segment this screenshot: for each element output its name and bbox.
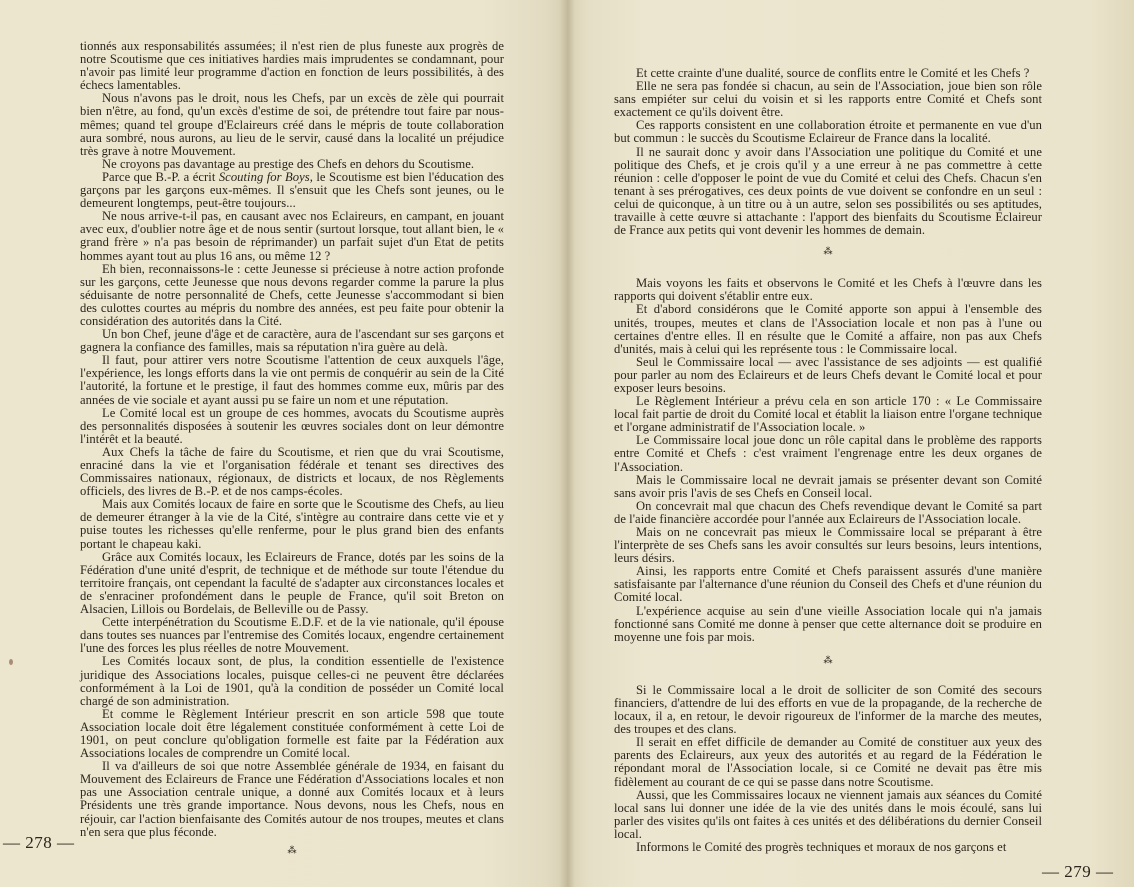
paragraph: Mais voyons les faits et observons le Co… [614, 277, 1042, 303]
paragraph: Il va d'ailleurs de soi que notre Assemb… [80, 760, 504, 839]
paragraph: Eh bien, reconnaissons-le : cette Jeunes… [80, 263, 504, 328]
paragraph: Le Règlement Intérieur a prévu cela en s… [614, 395, 1042, 434]
paragraph: Les Comités locaux sont, de plus, la con… [80, 655, 504, 707]
book-title: Scouting for Boys [219, 170, 310, 184]
text-run: Parce que B.-P. a écrit [102, 170, 215, 184]
paragraph: Mais aux Comités locaux de faire en sort… [80, 498, 504, 550]
paragraph: Informons le Comité des progrès techniqu… [614, 841, 1042, 854]
paper-stain [9, 659, 13, 665]
paragraph: Il faut, pour attirer vers notre Scoutis… [80, 354, 504, 406]
paragraph: Il ne saurait donc y avoir dans l'Associ… [614, 146, 1042, 238]
paragraph: Parce que B.-P. a écrit Scouting for Boy… [80, 171, 504, 210]
left-page: tionnés aux responsabilités assumées; il… [0, 0, 567, 887]
page-number: — 279 — [1042, 862, 1114, 882]
paragraph: Mais le Commissaire local ne devrait jam… [614, 474, 1042, 500]
book-spread: tionnés aux responsabilités assumées; il… [0, 0, 1134, 887]
section-break-asterism: ⁂ [614, 644, 1042, 684]
paragraph: Aux Chefs la tâche de faire du Scoutisme… [80, 446, 504, 498]
paragraph: Le Commissaire local joue donc un rôle c… [614, 434, 1042, 473]
paragraph: On concevrait mal que chacun des Chefs r… [614, 500, 1042, 526]
paragraph: Grâce aux Comités locaux, les Eclaireurs… [80, 551, 504, 616]
paragraph: Et comme le Règlement Intérieur prescrit… [80, 708, 504, 760]
paragraph: Ces rapports consistent en une collabora… [614, 119, 1042, 145]
right-page-text: Et cette crainte d'une dualité, source d… [614, 67, 1042, 854]
paragraph: Un bon Chef, jeune d'âge et de caractère… [80, 328, 504, 354]
paragraph: Ainsi, les rapports entre Comité et Chef… [614, 565, 1042, 604]
paragraph: L'expérience acquise au sein d'une vieil… [614, 605, 1042, 644]
paragraph: tionnés aux responsabilités assumées; il… [80, 40, 504, 92]
paragraph: Seul le Commissaire local — avec l'assis… [614, 356, 1042, 395]
paragraph: Le Comité local est un groupe de ces hom… [80, 407, 504, 446]
page-number: — 278 — [3, 833, 75, 853]
paragraph: Il serait en effet difficile de demander… [614, 736, 1042, 788]
paragraph: Cette interpénétration du Scoutisme E.D.… [80, 616, 504, 655]
section-break-asterism: ⁂ [614, 237, 1042, 277]
paragraph: Si le Commissaire local a le droit de so… [614, 684, 1042, 736]
paragraph: Mais on ne concevrait pas mieux le Commi… [614, 526, 1042, 565]
right-page: Et cette crainte d'une dualité, source d… [567, 0, 1134, 887]
paragraph: Elle ne sera pas fondée si chacun, au se… [614, 80, 1042, 119]
left-page-text: tionnés aux responsabilités assumées; il… [80, 40, 504, 869]
paragraph: Aussi, que les Commissaires locaux ne vi… [614, 789, 1042, 841]
section-break-asterism: ⁂ [80, 839, 504, 869]
paragraph: Nous n'avons pas le droit, nous les Chef… [80, 92, 504, 157]
paragraph: Et d'abord considérons que le Comité app… [614, 303, 1042, 355]
paragraph: Ne nous arrive-t-il pas, en causant avec… [80, 210, 504, 262]
